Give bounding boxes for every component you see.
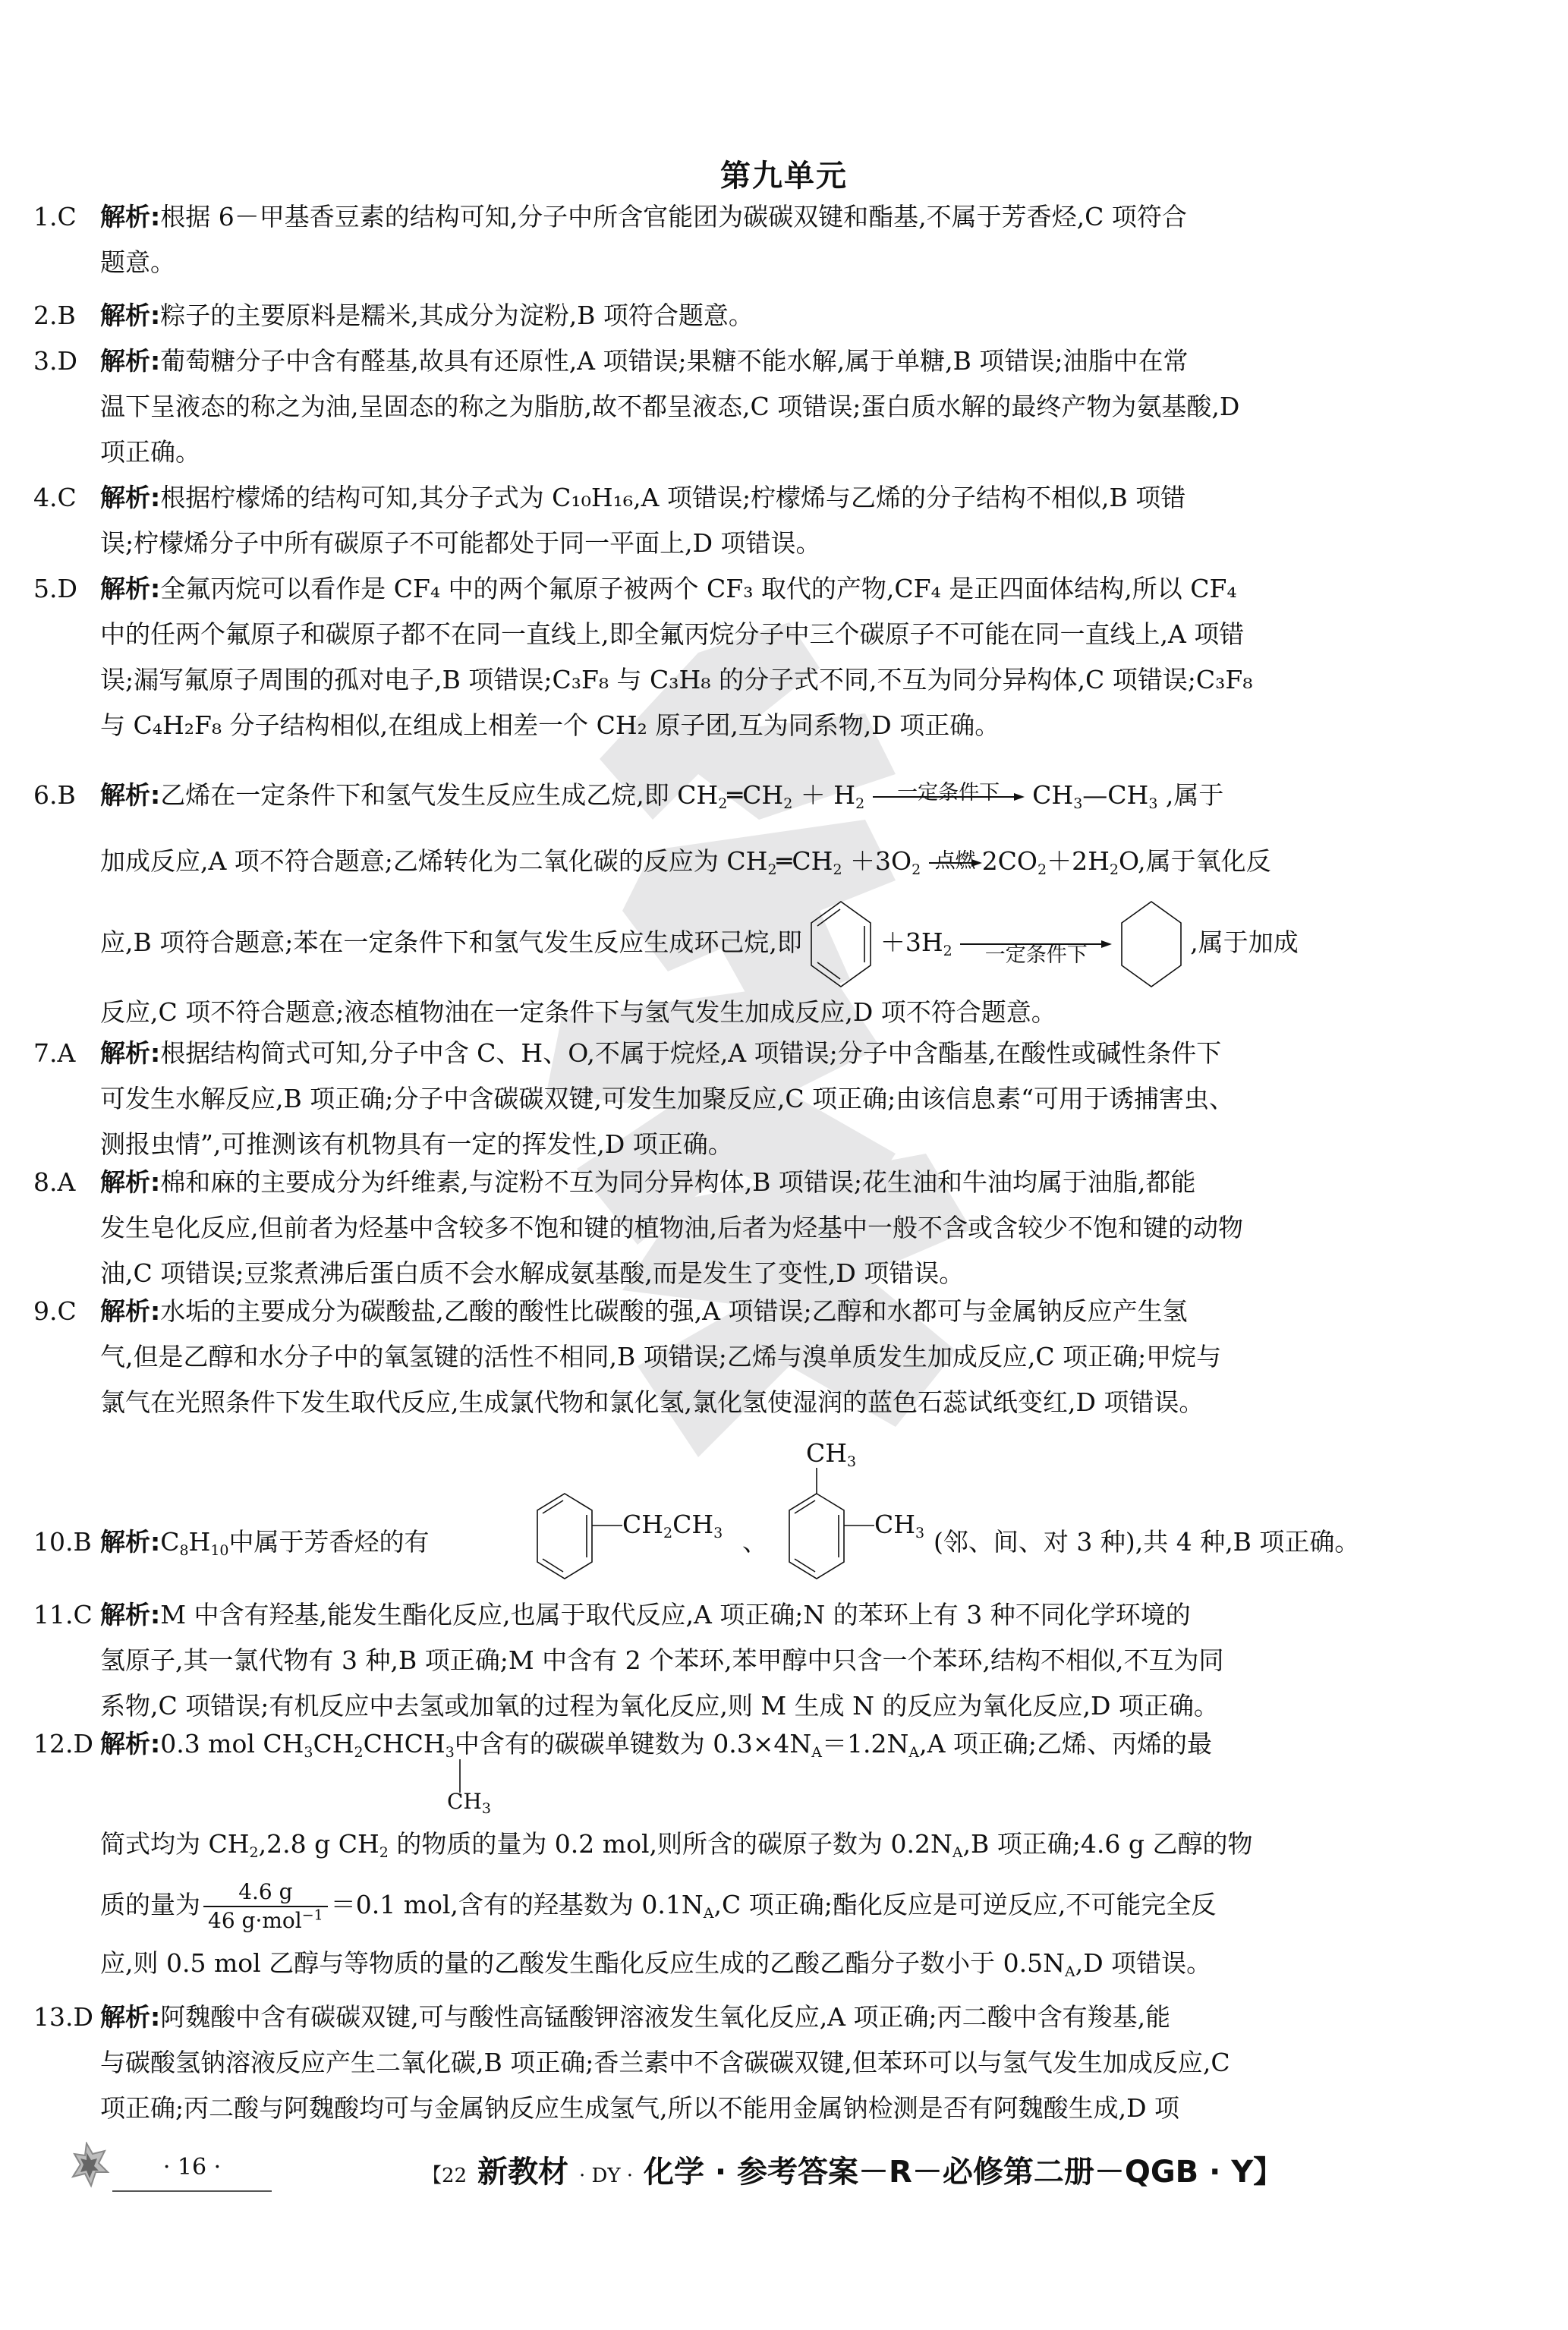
equation-text: ,属于加成 (1190, 927, 1299, 957)
answer-text: 系物,C 项错误;有机反应中去氢或加氧的过程为氧化反应,则 M 生成 N 的反应… (100, 1691, 1219, 1721)
page-footer: · 16 · 【22 新教材 · DY · 化学 · 参考答案－R－必修第二册－… (0, 2145, 1568, 2206)
ethyl-group-label: CH2CH3 (622, 1507, 723, 1542)
analysis-label: 解析: (100, 1038, 160, 1068)
answer-item-10: 10.B解析:C8H10中属于芳香烃的有 CH2CH3 、 CH3 CH3 (邻… (33, 1434, 1437, 1586)
analysis-label: 解析: (100, 483, 160, 512)
answer-item-11: 11.C解析:M 中含有羟基,能发生酯化反应,也属于取代反应,A 项正确;N 的… (33, 1592, 1437, 1729)
analysis-label: 解析: (100, 1729, 160, 1759)
answer-key: 3.D (33, 338, 100, 384)
subscript: 3 (482, 1800, 491, 1817)
subscript: 8 (179, 1542, 188, 1559)
subscript: 2 (379, 1844, 389, 1861)
answer-text: ,A 项正确;乙烯、丙烯的最 (919, 1729, 1212, 1759)
answer-text: ＝0.1 mol,含有的羟基数为 0.1N (331, 1890, 704, 1919)
methyl-side-label: CH3 (874, 1507, 924, 1542)
equation-text: ═CH (777, 846, 833, 876)
methyl-top-label: CH3 (806, 1436, 856, 1471)
fraction-denominator: 46 g·mol−1 (203, 1907, 328, 1935)
answer-item-3: 3.D解析:葡萄糖分子中含有醛基,故具有还原性,A 项错误;果糖不能水解,属于单… (33, 338, 1437, 475)
subscript: A (952, 1844, 963, 1861)
answer-text: 中的任两个氟原子和碳原子都不在同一直线上,即全氟丙烷分子中三个碳原子不可能在同一… (100, 619, 1244, 649)
answer-text: 阿魏酸中含有碳碳双键,可与酸性高锰酸钾溶液发生氧化反应,A 项正确;丙二酸中含有… (160, 2002, 1170, 2032)
answer-text: 水垢的主要成分为碳酸盐,乙酸的酸性比碳酸的强,A 项错误;乙醇和水都可与金属钠反… (160, 1296, 1187, 1326)
superscript: −1 (302, 1907, 323, 1924)
subscript: 2 (354, 1744, 364, 1761)
separator: 、 (742, 1519, 767, 1565)
unit-title: 第九单元 (0, 152, 1568, 195)
answer-text: 根据 6－甲基香豆素的结构可知,分子中所含官能团为碳碳双键和酯基,不属于芳香烃,… (160, 202, 1187, 231)
answer-text: 发生皂化反应,但前者为烃基中含较多不饱和键的植物油,后者为烃基中一般不含或含较少… (100, 1213, 1243, 1242)
fraction: 4.6 g46 g·mol−1 (203, 1878, 328, 1935)
equation-text: 2CO (982, 846, 1037, 876)
book-code: · DY · (579, 2165, 633, 2187)
answer-text: 油,C 项错误;豆浆煮沸后蛋白质不会水解成氨基酸,而是发生了变性,D 项错误。 (100, 1258, 964, 1288)
answer-key: 4.C (33, 475, 100, 521)
answer-text: M 中含有羟基,能发生酯化反应,也属于取代反应,A 项正确;N 的苯环上有 3 … (160, 1600, 1191, 1629)
answer-text: 棉和麻的主要成分为纤维素,与淀粉不互为同分异构体,B 项错误;花生油和牛油均属于… (160, 1167, 1195, 1197)
equation-text: ＋3H (880, 927, 943, 957)
answer-text: 粽子的主要原料是糯米,其成分为淀粉,B 项符合题意。 (160, 301, 754, 330)
formula-text: CH (313, 1729, 354, 1759)
subscript: 2 (250, 1844, 259, 1861)
formula-text: H (189, 1527, 211, 1557)
answer-key: 12.D (33, 1721, 100, 1767)
equation-text: 应,B 项符合题意;苯在一定条件下和氢气发生反应生成环己烷,即 (100, 927, 802, 957)
answer-key: 2.B (33, 293, 100, 338)
answer-key: 8.A (33, 1160, 100, 1205)
answer-key: 1.C (33, 194, 100, 240)
subscript: 10 (210, 1542, 228, 1559)
formula-text: CH (622, 1510, 663, 1539)
equation-text: O,属于氧化反 (1119, 846, 1271, 876)
formula-text: 0.3 mol CH (160, 1729, 304, 1759)
document-page: 第九单元 1.C解析:根据 6－甲基香豆素的结构可知,分子中所含官能团为碳碳双键… (0, 0, 1568, 2330)
formula-text: CHCH (364, 1729, 446, 1759)
answer-text: 根据柠檬烯的结构可知,其分子式为 C₁₀H₁₆,A 项错误;柠檬烯与乙烯的分子结… (160, 483, 1185, 512)
book-info: 【22 新教材 · DY · 化学 · 参考答案－R－必修第二册－QGB · Y… (422, 2148, 1283, 2191)
subscript: A (1065, 1963, 1075, 1980)
analysis-label: 解析: (100, 2002, 160, 2032)
formula-text: CH (806, 1438, 847, 1468)
analysis-label: 解析: (100, 301, 160, 330)
bond-line (844, 1524, 874, 1527)
answer-key: 7.A (33, 1031, 100, 1076)
answer-text: 误;漏写氟原子周围的孤对电子,B 项错误;C₃F₈ 与 C₃H₈ 的分子式不同,… (100, 665, 1252, 694)
answer-text: ＝1.2N (822, 1729, 908, 1759)
answer-text: 质的量为 (100, 1890, 200, 1919)
page-number: · 16 · (112, 2145, 272, 2192)
reaction-arrow: 一定条件下 (873, 792, 1025, 802)
reaction-condition: 一定条件下 (873, 761, 1025, 825)
answer-text: 气,但是乙醇和水分子中的氧氢键的活性不相同,B 项错误;乙烯与溴单质发生加成反应… (100, 1342, 1221, 1371)
formula-text: 46 g·mol (208, 1908, 302, 1933)
fraction-numerator: 4.6 g (203, 1878, 328, 1907)
answer-item-13: 13.D解析:阿魏酸中含有碳碳双键,可与酸性高锰酸钾溶液发生氧化反应,A 项正确… (33, 1995, 1437, 2131)
reaction-arrow: 点燃 (929, 858, 982, 868)
answer-text: 中属于芳香烃的有 (229, 1527, 430, 1557)
subscript: A (704, 1905, 714, 1922)
answer-item-2: 2.B解析:粽子的主要原料是糯米,其成分为淀粉,B 项符合题意。 (33, 293, 1437, 338)
answer-key: 5.D (33, 566, 100, 612)
equation-text: ,属于 (1157, 780, 1223, 810)
formula-text: CH (447, 1789, 482, 1814)
answer-key: 9.C (33, 1289, 100, 1334)
answer-key: 6.B (33, 764, 100, 827)
answer-item-8: 8.A解析:棉和麻的主要成分为纤维素,与淀粉不互为同分异构体,B 项错误;花生油… (33, 1160, 1437, 1296)
answer-item-7: 7.A解析:根据结构简式可知,分子中含 C、H、O,不属于烷烃,A 项错误;分子… (33, 1031, 1437, 1167)
subscript: 3 (446, 1744, 455, 1761)
answer-text: 氯气在光照条件下发生取代反应,生成氯代物和氯化氢,氯化氢使湿润的蓝色石蕊试纸变红… (100, 1387, 1204, 1417)
ethylbenzene-structure-icon (534, 1492, 595, 1582)
book-edition: 【22 (422, 2165, 467, 2187)
answer-text: 根据结构简式可知,分子中含 C、H、O,不属于烷烃,A 项错误;分子中含酯基,在… (160, 1038, 1221, 1068)
answer-text: 项正确;丙二酸与阿魏酸均可与金属钠反应生成氢气,所以不能用金属钠检测是否有阿魏酸… (100, 2093, 1179, 2123)
subscript: A (811, 1744, 822, 1761)
answer-text: ,D 项错误。 (1075, 1948, 1211, 1978)
analysis-label: 解析: (100, 780, 160, 810)
answer-item-4: 4.C解析:根据柠檬烯的结构可知,其分子式为 C₁₀H₁₆,A 项错误;柠檬烯与… (33, 475, 1437, 566)
analysis-label: 解析: (100, 574, 160, 603)
answer-text: 误;柠檬烯分子中所有碳原子不可能都处于同一平面上,D 项错误。 (100, 528, 821, 558)
formula-text: CH (874, 1510, 915, 1539)
answer-item-12: 12.D解析:0.3 mol CH3CH2CHCH3中含有的碳碳单键数为 0.3… (33, 1721, 1437, 1990)
analysis-label: 解析: (100, 346, 160, 376)
answer-text: 项正确。 (100, 437, 200, 467)
subscript: A (908, 1744, 919, 1761)
answer-text: 全氟丙烷可以看作是 CF₄ 中的两个氟原子被两个 CF₃ 取代的产物,CF₄ 是… (160, 574, 1236, 603)
bond-line (815, 1468, 818, 1494)
answer-text: 的物质的量为 0.2 mol,则所含的碳原子数为 0.2N (389, 1829, 952, 1859)
formula-text: CH (672, 1510, 713, 1539)
star-logo-icon (70, 2142, 112, 2189)
equation-text: ＋2H (1047, 846, 1110, 876)
formula-text: C (160, 1527, 179, 1557)
answer-item-1: 1.C解析:根据 6－甲基香豆素的结构可知,分子中所含官能团为碳碳双键和酯基,不… (33, 194, 1437, 285)
equation-text: ＋3O (842, 846, 912, 876)
analysis-label: 解析: (100, 1296, 160, 1326)
reaction-condition: 点燃 (929, 827, 982, 896)
benzene-structure-icon (810, 900, 872, 988)
answer-text: 氢原子,其一氯代物有 3 种,B 项正确;M 中含有 2 个苯环,苯甲醇中只含一… (100, 1645, 1224, 1675)
book-subject: 化学 · 参考答案－R－必修第二册－QGB · Y】 (644, 2155, 1283, 2190)
equation-text: ＋ H (792, 780, 855, 810)
cyclohexane-structure-icon (1120, 900, 1182, 988)
subscript: 2 (663, 1525, 672, 1541)
equation-text: 加成反应,A 项不符合题意;乙烯转化为二氧化碳的反应为 CH (100, 846, 767, 876)
equation-text: ═CH (727, 780, 783, 810)
answer-text: 与 C₄H₂F₈ 分子结构相似,在组成上相差一个 CH₂ 原子团,互为同系物,D… (100, 710, 1000, 740)
answer-text: (邻、间、对 3 种),共 4 种,B 项正确。 (934, 1519, 1359, 1565)
answer-item-6: 6.B解析:乙烯在一定条件下和氢气发生反应生成乙烷,即 CH2═CH2 ＋ H2… (33, 764, 1437, 1035)
analysis-label: 解析: (100, 1167, 160, 1197)
answer-item-5: 5.D解析:全氟丙烷可以看作是 CF₄ 中的两个氟原子被两个 CF₃ 取代的产物… (33, 566, 1437, 748)
subscript: 3 (713, 1525, 723, 1541)
equation-text: CH (1032, 780, 1073, 810)
answer-text: 题意。 (100, 247, 175, 277)
subscript: 3 (304, 1744, 313, 1761)
equation-text: —CH (1082, 780, 1148, 810)
answer-text: 温下呈液态的称之为油,呈固态的称之为脂肪,故不都呈液态,C 项错误;蛋白质水解的… (100, 392, 1239, 421)
reaction-condition: 一定条件下 (960, 908, 1112, 1003)
answer-text: 中含有的碳碳单键数为 0.3×4N (455, 1729, 812, 1759)
answer-text: 应,则 0.5 mol 乙醇与等物质的量的乙酸发生酯化反应生成的乙酸乙酯分子数小… (100, 1948, 1065, 1978)
subscript: 3 (915, 1525, 924, 1541)
equation-text: 乙烯在一定条件下和氢气发生反应生成乙烷,即 CH (160, 780, 718, 810)
xylene-structure-icon (786, 1492, 847, 1582)
answer-text: 测报虫情”,可推测该有机物具有一定的挥发性,D 项正确。 (100, 1129, 733, 1159)
answer-text: 与碳酸氢钠溶液反应产生二氧化碳,B 项正确;香兰素中不含碳碳双键,但苯环可以与氢… (100, 2048, 1230, 2077)
branch-methyl-label: CH3 (447, 1787, 491, 1817)
analysis-label: 解析: (100, 202, 160, 231)
answer-text: 反应,C 项不符合题意;液态植物油在一定条件下与氢气发生加成反应,D 项不符合题… (100, 997, 1056, 1027)
book-series: 新教材 (477, 2155, 568, 2190)
analysis-label: 解析: (100, 1600, 160, 1629)
answer-key: 11.C (33, 1592, 100, 1638)
reaction-arrow: 一定条件下 (960, 939, 1112, 949)
answer-text: 葡萄糖分子中含有醛基,故具有还原性,A 项错误;果糖不能水解,属于单糖,B 项错… (160, 346, 1188, 376)
bond-line (592, 1524, 622, 1527)
answer-text: ,2.8 g CH (259, 1829, 379, 1859)
analysis-label: 解析: (100, 1527, 160, 1557)
subscript: 3 (847, 1453, 856, 1470)
answer-key: 10.B (33, 1519, 100, 1565)
answer-text: 可发生水解反应,B 项正确;分子中含碳碳双键,可发生加聚反应,C 项正确;由该信… (100, 1084, 1234, 1113)
answer-key: 13.D (33, 1995, 100, 2040)
answer-text: ,B 项正确;4.6 g 乙醇的物 (963, 1829, 1253, 1859)
answer-text: 简式均为 CH (100, 1829, 250, 1859)
answer-text: ,C 项正确;酯化反应是可逆反应,不可能完全反 (714, 1890, 1217, 1919)
answer-item-9: 9.C解析:水垢的主要成分为碳酸盐,乙酸的酸性比碳酸的强,A 项错误;乙醇和水都… (33, 1289, 1437, 1425)
